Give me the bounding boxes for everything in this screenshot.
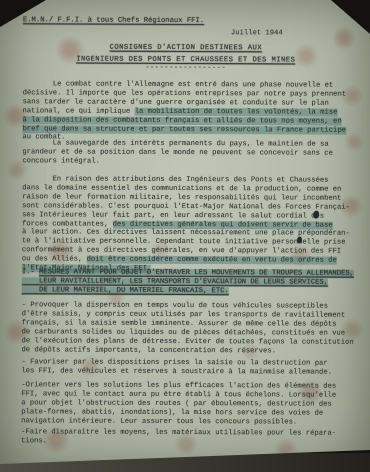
ink-blot [297, 236, 302, 243]
document-header: E.M.N./ F.F.I. à tous Chefs Régionaux FF… [23, 16, 367, 26]
scanned-document-page: E.M.N./ F.F.I. à tous Chefs Régionaux FF… [0, 0, 370, 472]
typewritten-content: E.M.N./ F.F.I. à tous Chefs Régionaux FF… [0, 0, 370, 472]
title-rule: ----------------- [1, 63, 370, 74]
bullet-2: - Favoriser par les dispositions prises … [21, 358, 365, 377]
paragraph-3: En raison des attributions des Ingénieur… [22, 175, 366, 274]
paragraph-1: Le combat contre l'Allemagne est entré d… [22, 80, 366, 144]
header-addressee: E.M.N./ F.F.I. à tous Chefs Régionaux FF… [23, 16, 204, 25]
paragraph-2: La sauvegarde des intérêts permanents du… [22, 139, 366, 167]
ink-blot [313, 211, 319, 219]
section-number: I.- [22, 268, 39, 276]
section-heading-highlighted: MESURES AYANT POUR OBJET D'ENTRAVER LES … [22, 268, 354, 295]
section-1-heading: I.- MESURES AYANT POUR OBJET D'ENTRAVER … [22, 268, 366, 296]
title-line-1: CONSIGNES D'ACTION DESTINEES AUX [1, 43, 370, 54]
bullet-1: - Provoquer la dispersion en temps voulu… [21, 301, 365, 356]
bullet-4: -Faire disparaître les moyens, les matér… [21, 428, 365, 447]
bullet-3: -Orienter vers les solutions les plus ef… [21, 381, 365, 427]
paper-sheet: E.M.N./ F.F.I. à tous Chefs Régionaux FF… [0, 0, 370, 472]
document-date: Juillet 1944 [231, 29, 351, 38]
title-text: CONSIGNES D'ACTION DESTINEES AUX [110, 44, 262, 53]
